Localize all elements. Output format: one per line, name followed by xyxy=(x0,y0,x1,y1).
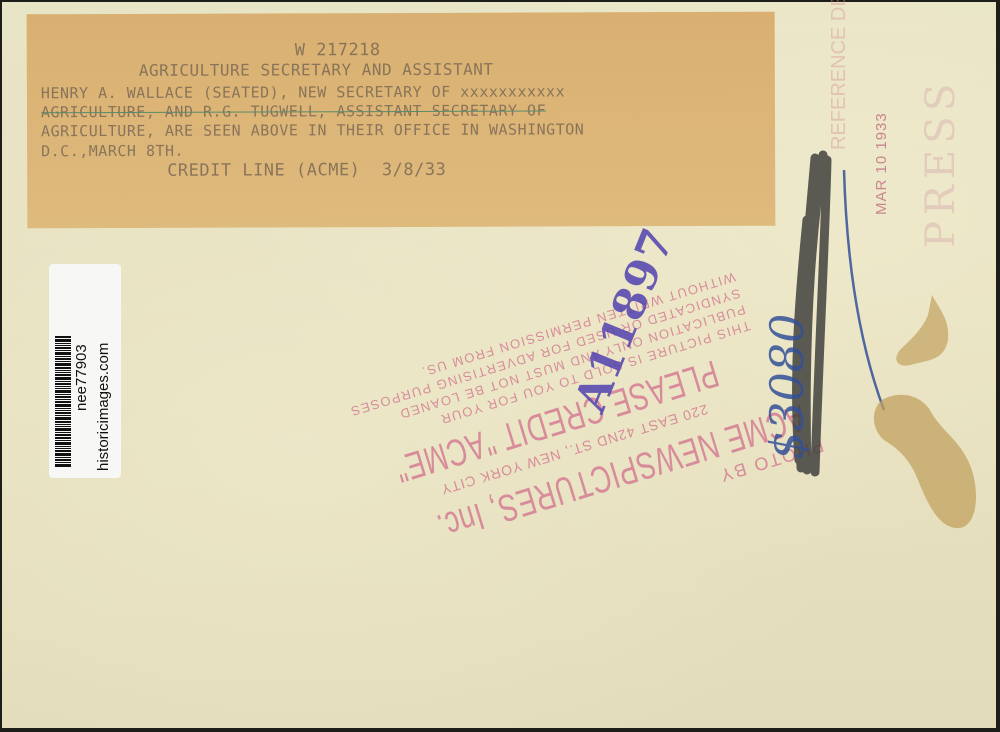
press-stamp: PRESS xyxy=(918,78,964,248)
date-stamp: MAR 10 1933 xyxy=(873,112,890,215)
dept-stamp: REFERENCE DEPT. xyxy=(828,0,851,150)
barcode-site: historicimages.com xyxy=(95,343,112,471)
caption-line-3: AGRICULTURE, ARE SEEN ABOVE IN THEIR OFF… xyxy=(41,120,584,140)
caption-line-1: HENRY A. WALLACE (SEATED), NEW SECRETARY… xyxy=(41,82,565,102)
caption-line-4: D.C.,MARCH 8TH. xyxy=(41,142,184,160)
caption-label: W 217218 AGRICULTURE SECRETARY AND ASSIS… xyxy=(27,12,776,229)
caption-credit-line: CREDIT LINE (ACME) 3/8/33 xyxy=(167,160,446,181)
caption-title: AGRICULTURE SECRETARY AND ASSISTANT xyxy=(139,60,494,80)
caption-line-2: AGRICULTURE, AND R.G. TUGWELL, ASSISTANT… xyxy=(41,101,546,121)
barcode-label: nee77903 historicimages.com xyxy=(49,264,121,478)
barcode-code: nee77903 xyxy=(73,344,90,411)
handwritten-number: $3080 xyxy=(760,314,814,460)
barcode-icon xyxy=(55,277,71,467)
caption-id-number: W 217218 xyxy=(295,40,381,60)
stain-mark-icon xyxy=(870,290,990,540)
